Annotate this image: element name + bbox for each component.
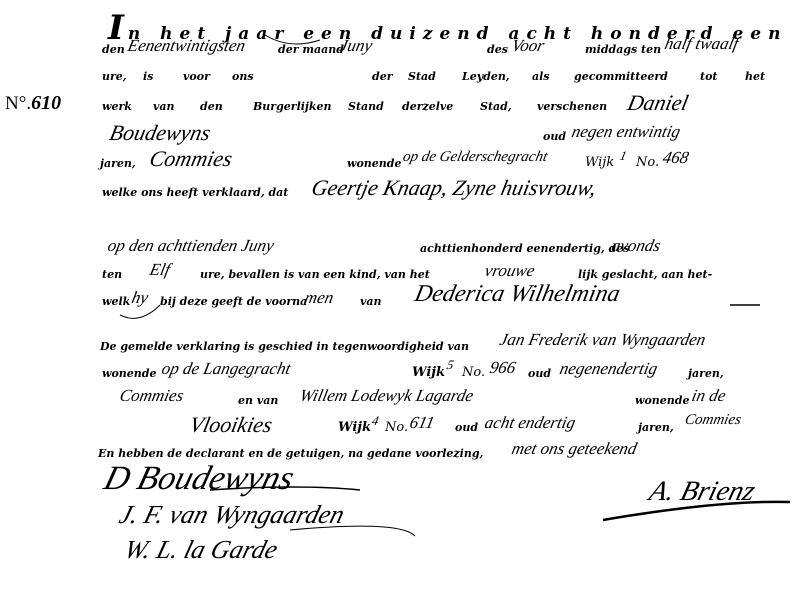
certificate-number-value: 610 (31, 92, 61, 114)
phrase-geslacht: lijk geslacht, aan het- (578, 268, 712, 281)
house-number: 966 (488, 358, 518, 378)
signature-witness1: J. F. van Wyngaarden (116, 500, 348, 530)
birth-date-handwritten: op den achttienden Juny (106, 236, 276, 256)
day-handwritten: Eenentwintigsten (126, 36, 247, 56)
witness1-address: op de Langegracht (160, 359, 293, 379)
word: den (200, 100, 223, 113)
declarant-first-name: Daniel (625, 90, 690, 116)
label-no: No. (462, 365, 485, 380)
label-wijk: Wijk (412, 365, 445, 380)
word: verschenen (537, 100, 607, 113)
witness1-name: Jan Frederik van Wyngaarden (498, 330, 708, 350)
label-en-van: en van (238, 394, 278, 407)
declarant-occupation: Commies (147, 146, 234, 172)
word: voor (183, 70, 210, 83)
declarant-address: op de Gelderschegracht (401, 149, 549, 166)
label-jaren: jaren, (100, 157, 136, 170)
word: tot (700, 70, 718, 83)
word: derzelve (402, 100, 453, 113)
city-name: Leyden, (462, 70, 510, 83)
signature-official: A. Brienz (646, 476, 759, 508)
label-middags-ten: middags ten (585, 43, 661, 56)
label-wijk: Wijk (338, 420, 371, 435)
phrase-voorlezing: En hebben de declarant en de getuigen, n… (98, 447, 483, 460)
month-handwritten: Juny (338, 36, 374, 56)
label-des: des (487, 43, 508, 56)
mother-name: Geertje Knaap, Zyne huisvrouw, (309, 175, 599, 201)
signature-witness2: W. L. la Garde (121, 535, 281, 565)
word: is (143, 70, 153, 83)
label-den: den (102, 43, 125, 56)
word: werk (102, 100, 132, 113)
label-welk: welk (102, 295, 130, 308)
word: ons (232, 70, 254, 83)
house-number: 611 (408, 413, 437, 433)
ampm-handwritten: Voor (510, 36, 546, 56)
signature-declarant: D Boudewyns (100, 460, 298, 498)
label-wonende: wonende (347, 157, 402, 170)
label-wonende: wonende (102, 367, 157, 380)
label-jaren: jaren, (688, 367, 724, 380)
label-jaren: jaren, (638, 421, 674, 434)
word: der (372, 70, 393, 83)
label-van: van (360, 295, 382, 308)
word: Stad, (480, 100, 512, 113)
child-name: Dederica Wilhelmina (412, 281, 622, 308)
word: van (153, 100, 175, 113)
word: Stad (408, 70, 436, 83)
phrase-year: achttienhonderd eenendertig, des (420, 242, 629, 255)
word: ure, (102, 70, 127, 83)
phrase-tegenwoordigheid: De gemelde verklaring is geschied in teg… (100, 340, 469, 353)
word: Stand (348, 100, 384, 113)
time-handwritten: half twaalf (663, 34, 740, 54)
label-no: No. (636, 155, 659, 170)
label-der-maand: der maand (278, 43, 344, 56)
declarant-age: negen entwintig (570, 122, 682, 142)
witness2-address-part1: in de (690, 386, 728, 406)
declarant-surname: Boudewyns (107, 120, 213, 146)
phrase-bevallen: ure, bevallen is van een kind, van het (200, 268, 430, 281)
witness1-age: negenendertig (558, 359, 660, 379)
phrase-voornamen: bij deze geeft de voorna (160, 295, 307, 308)
witness2-address-part2: Vlooikies (187, 412, 274, 438)
label-wonende: wonende (635, 394, 690, 407)
phrase-verklaard: welke ons heeft verklaard, dat (102, 186, 288, 199)
certificate-number-label: N°. (5, 93, 31, 114)
label-no: No. (385, 420, 408, 435)
word: Burgerlijken (253, 100, 332, 113)
voornamen-suffix: men (303, 288, 336, 308)
word: als (532, 70, 550, 83)
child-sex: vrouwe (483, 261, 537, 281)
label-ten: ten (102, 268, 122, 281)
label-oud: oud (455, 421, 478, 434)
word: gecommitteerd (574, 70, 668, 83)
label-oud: oud (528, 367, 551, 380)
label-wijk: Wijk (585, 155, 614, 170)
house-number: 468 (661, 148, 691, 168)
birth-hour: Elf (148, 260, 172, 280)
initial-letter: I (108, 8, 124, 48)
certificate-number: N°.610 (5, 92, 61, 115)
witness1-occupation: Commies (118, 386, 186, 406)
birth-certificate-scan: N°.610 I n het jaar een duizend acht hon… (0, 0, 800, 600)
signed-note: met ons geteekend (510, 439, 639, 459)
witness2-occupation: Commies (683, 412, 742, 429)
label-oud: oud (543, 130, 566, 143)
witness2-name: Willem Lodewyk Lagarde (298, 386, 475, 406)
birth-daypart: avonds (610, 236, 662, 256)
word: het (745, 70, 765, 83)
witness2-age: acht endertig (483, 413, 577, 433)
